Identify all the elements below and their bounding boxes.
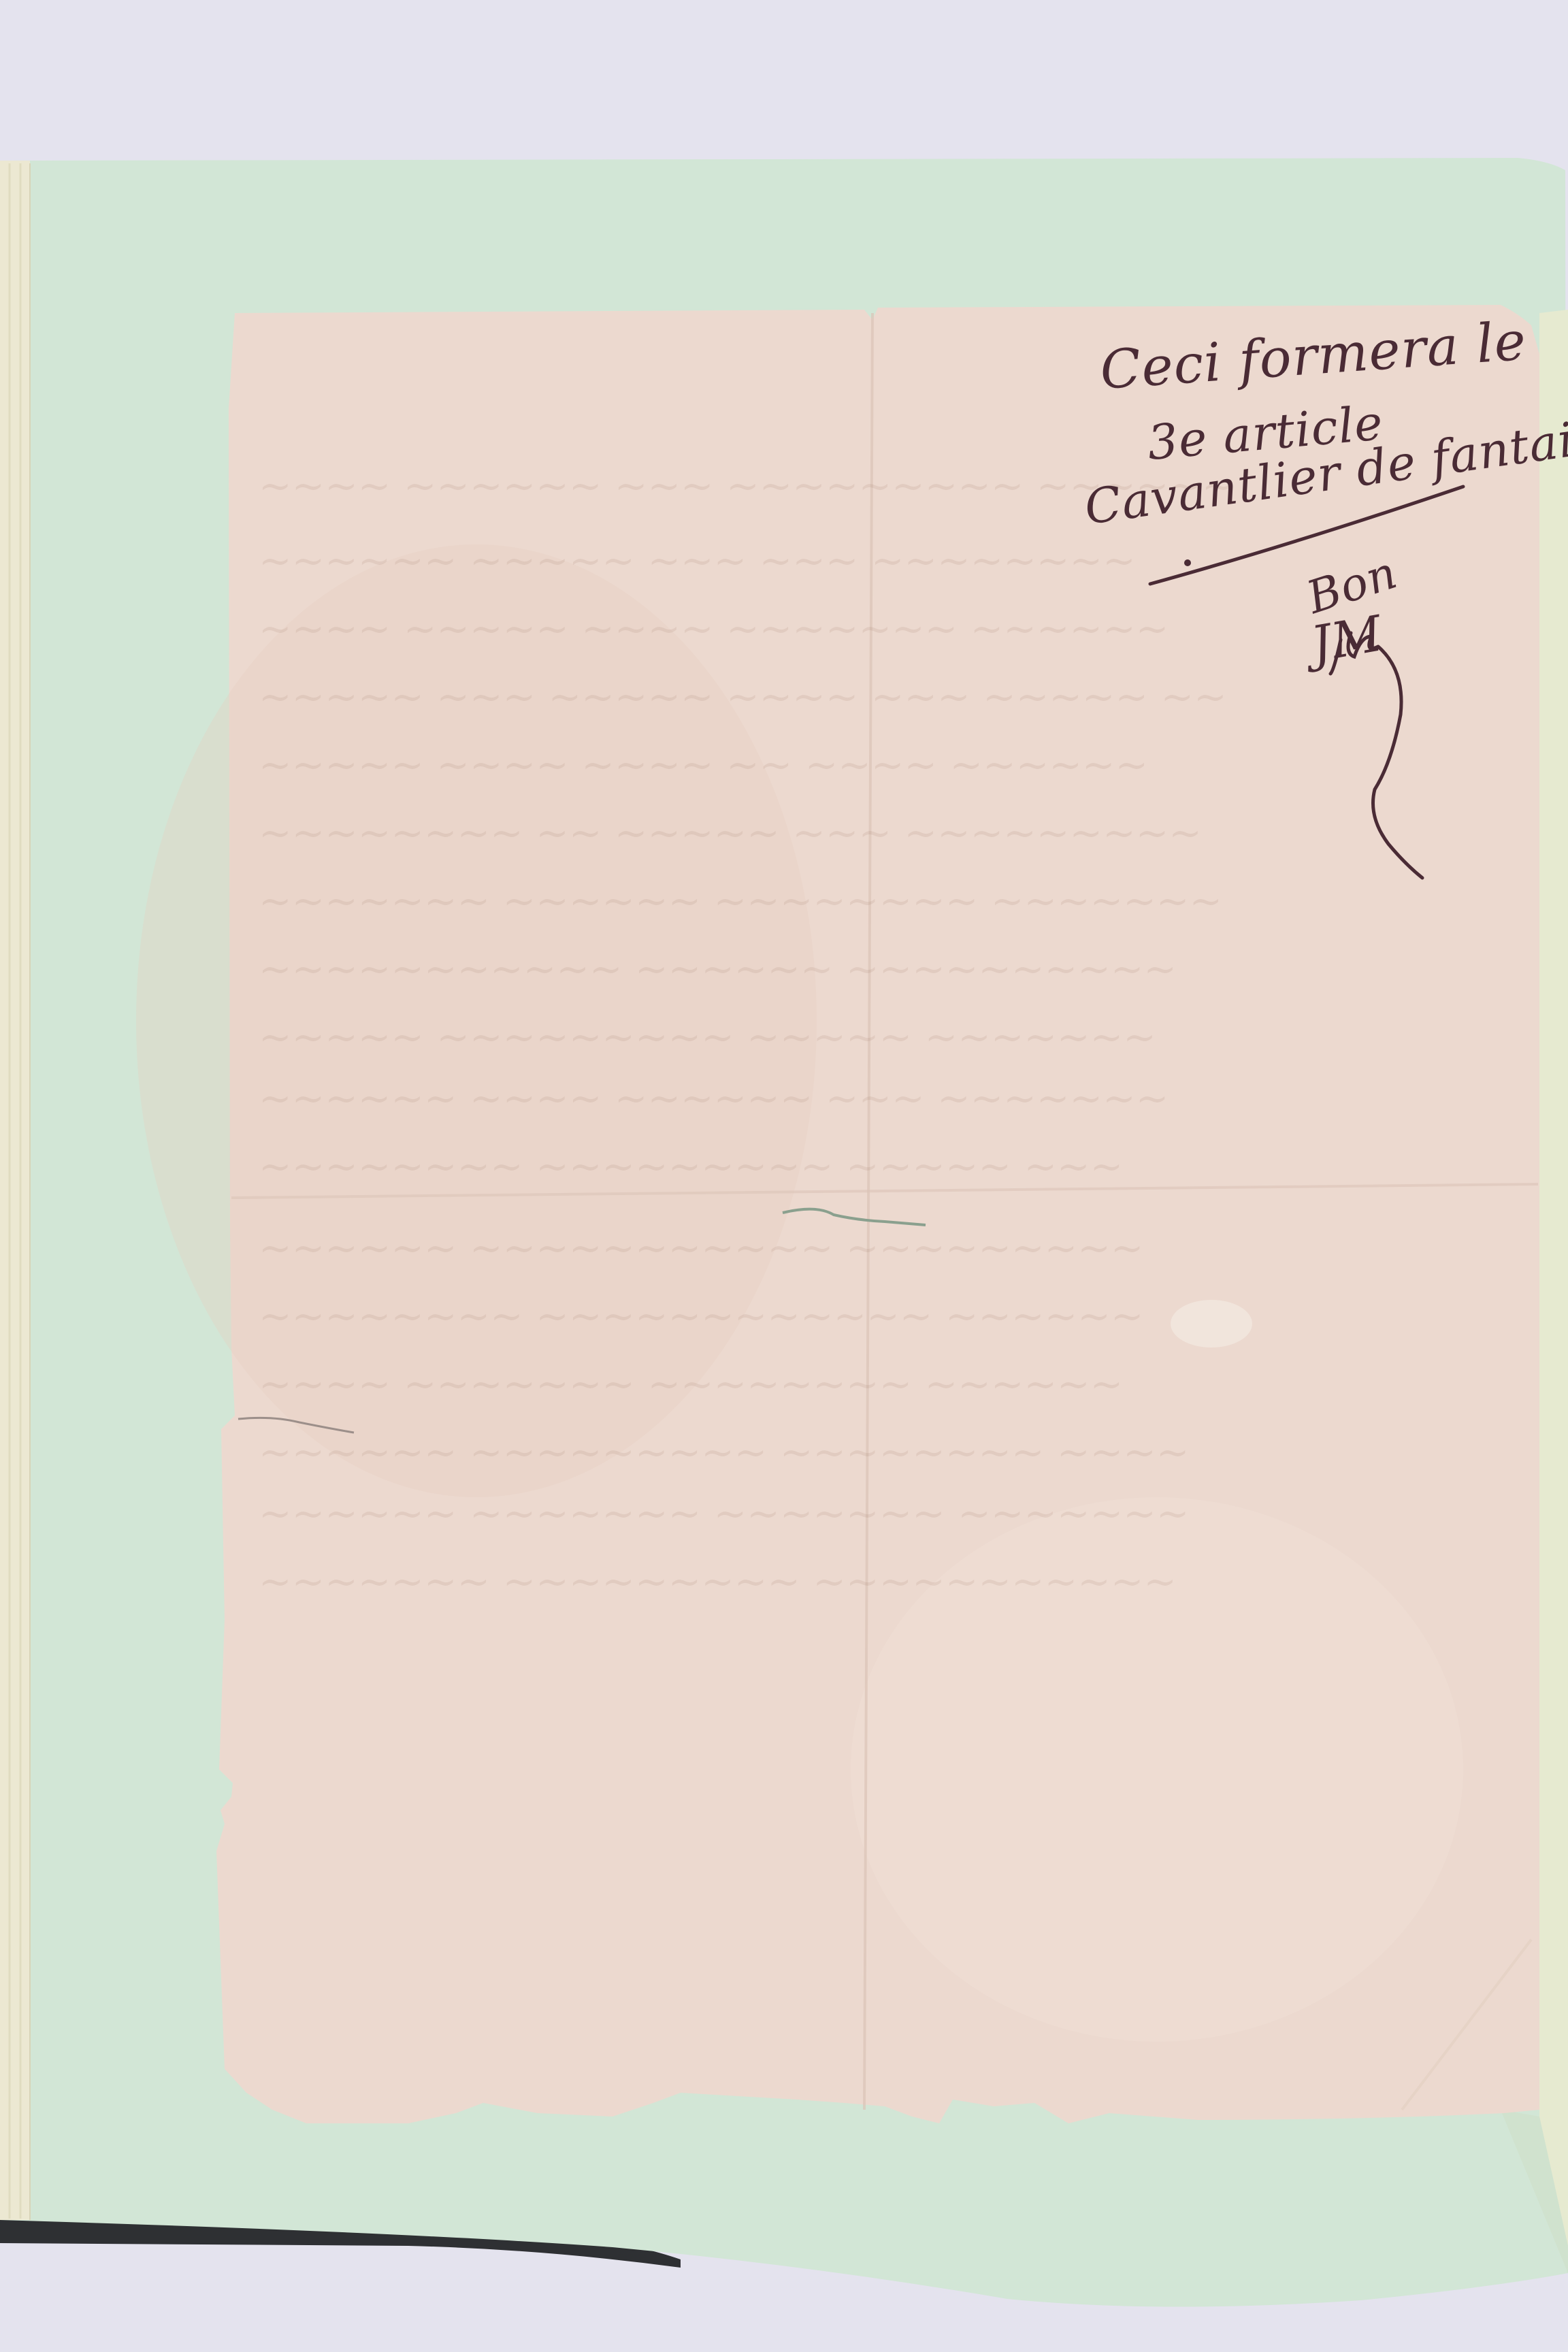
paper-damage xyxy=(1171,1300,1252,1347)
right-gutter xyxy=(1539,310,1568,2246)
page-stack-edge xyxy=(0,161,30,2220)
signature-initials: JM xyxy=(1307,604,1387,673)
